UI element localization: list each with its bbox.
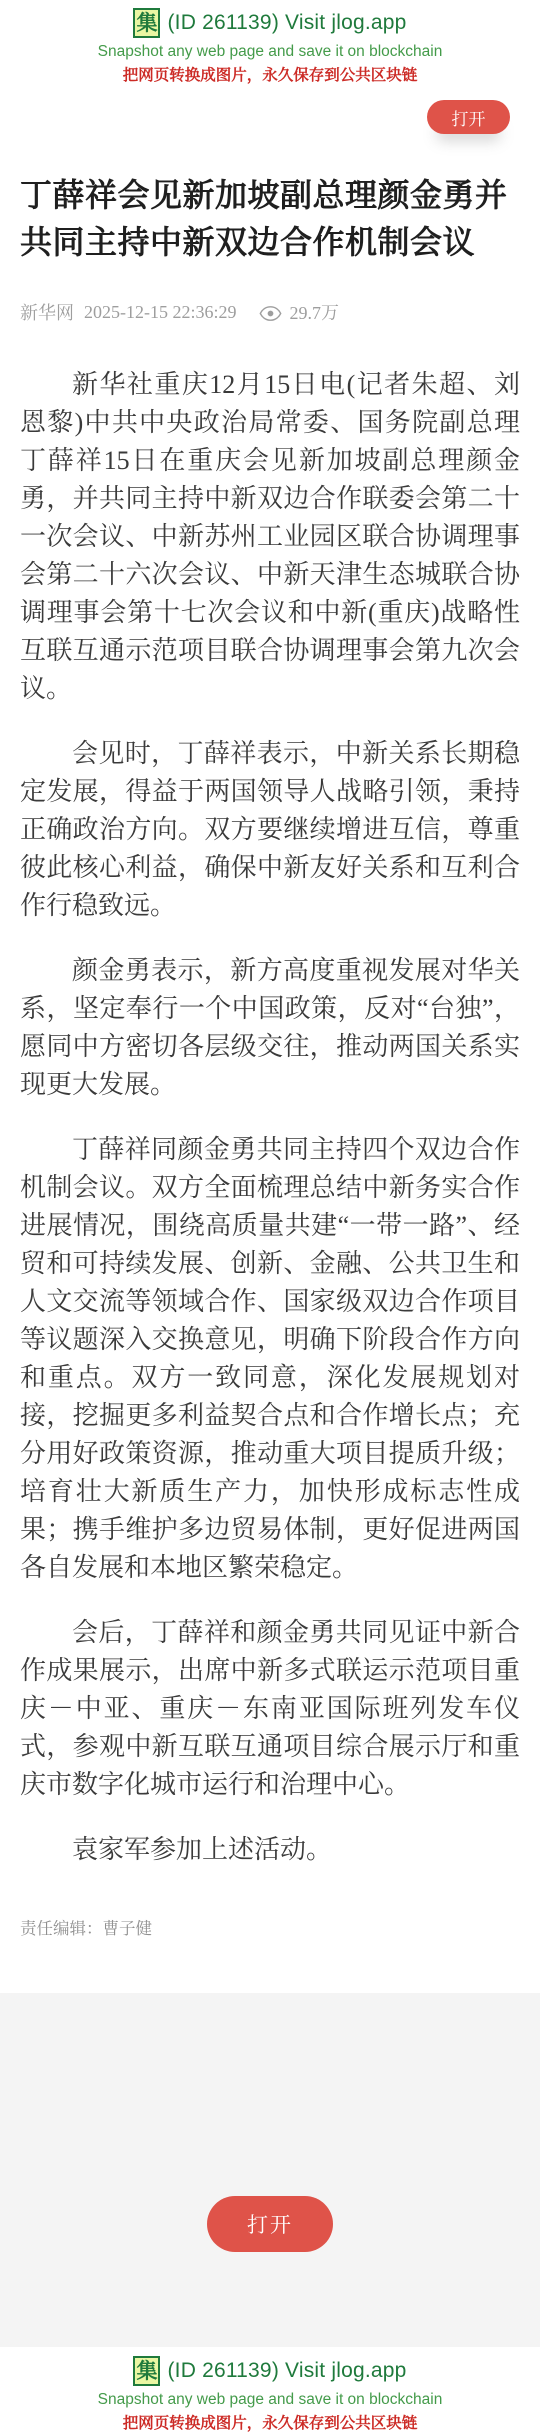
views-count: 29.7万: [290, 299, 340, 325]
article-paragraph: 会见时，丁薛祥表示，中新关系长期稳定发展，得益于两国领导人战略引领，秉持正确政治…: [20, 735, 520, 925]
article-paragraph: 袁家军参加上述活动。: [20, 1831, 520, 1869]
jlog-id-text[interactable]: (ID 261139) Visit jlog.app: [167, 11, 406, 35]
jlog-banner-bottom: 集 (ID 261139) Visit jlog.app Snapshot an…: [0, 2347, 540, 2432]
page: 集 (ID 261139) Visit jlog.app Snapshot an…: [0, 0, 540, 2432]
jlog-banner-link-bottom[interactable]: 集 (ID 261139) Visit jlog.app: [0, 2356, 540, 2386]
article-zone: 集 (ID 261139) Visit jlog.app Snapshot an…: [0, 0, 540, 1993]
jlog-tagline-zh: 把网页转换成图片，永久保存到公共区块链: [0, 63, 540, 85]
jlog-logo-icon: 集: [133, 2356, 160, 2386]
article-datetime: 2025-12-15 22:36:29: [84, 302, 237, 323]
eye-icon: [259, 305, 282, 322]
open-button-top[interactable]: 打开: [427, 100, 510, 134]
jlog-banner-link[interactable]: 集 (ID 261139) Visit jlog.app: [0, 8, 540, 38]
article-paragraph: 颜金勇表示，新方高度重视发展对华关系，坚定奉行一个中国政策，反对“台独”，愿同中…: [20, 952, 520, 1104]
article-paragraph: 会后，丁薛祥和颜金勇共同见证中新合作成果展示，出席中新多式联运示范项目重庆－中亚…: [20, 1614, 520, 1804]
jlog-banner-top: 集 (ID 261139) Visit jlog.app Snapshot an…: [0, 0, 540, 85]
article-paragraph: 新华社重庆12月15日电(记者朱超、刘恩黎)中共中央政治局常委、国务院副总理丁薛…: [20, 366, 520, 708]
open-button-bottom[interactable]: 打开: [207, 2196, 333, 2252]
article-paragraph: 丁薛祥同颜金勇共同主持四个双边合作机制会议。双方全面梳理总结中新务实合作进展情况…: [20, 1131, 520, 1587]
article-source: 新华网: [20, 299, 74, 325]
jlog-id-text[interactable]: (ID 261139) Visit jlog.app: [167, 2359, 406, 2383]
jlog-tagline-en: Snapshot any web page and save it on blo…: [0, 2391, 540, 2409]
editor-line: 责任编辑：曹子健: [20, 1915, 520, 1939]
jlog-tagline-en: Snapshot any web page and save it on blo…: [0, 43, 540, 61]
jlog-logo-icon: 集: [133, 8, 160, 38]
article-title: 丁薛祥会见新加坡副总理颜金勇并共同主持中新双边合作机制会议: [20, 172, 520, 266]
top-open-row: 打开: [0, 100, 540, 134]
jlog-tagline-zh: 把网页转换成图片，永久保存到公共区块链: [0, 2411, 540, 2432]
article-meta: 新华网 2025-12-15 22:36:29 29.7万: [20, 299, 520, 325]
promo-block: 打开: [0, 1993, 540, 2347]
article-paragraphs: 新华社重庆12月15日电(记者朱超、刘恩黎)中共中央政治局常委、国务院副总理丁薛…: [0, 366, 540, 1869]
